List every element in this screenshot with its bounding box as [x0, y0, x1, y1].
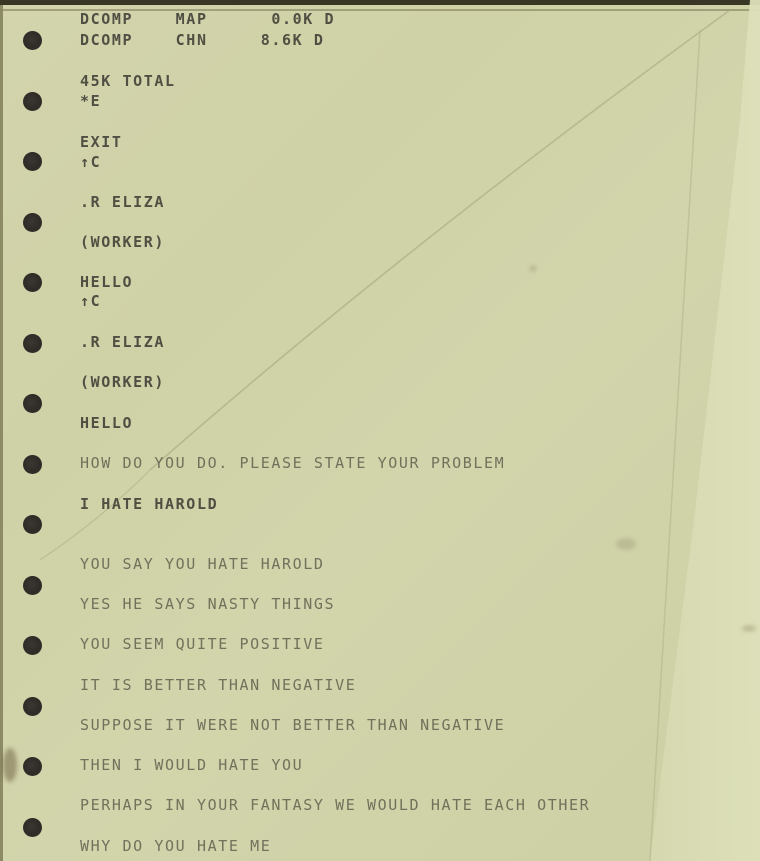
- printout-line: (WORKER): [80, 373, 165, 391]
- sprocket-hole: [23, 818, 42, 837]
- printout-line: IT IS BETTER THAN NEGATIVE: [80, 676, 356, 694]
- sprocket-hole: [23, 31, 42, 50]
- printout-line: .R ELIZA: [80, 333, 165, 351]
- printout-line: HOW DO YOU DO. PLEASE STATE YOUR PROBLEM: [80, 454, 505, 472]
- sprocket-hole: [23, 152, 42, 171]
- stain: [616, 538, 636, 550]
- printout-line: HELLO: [80, 414, 133, 432]
- printout-line: DCOMP CHN 8.6K D: [80, 31, 325, 49]
- printout-line: YES HE SAYS NASTY THINGS: [80, 595, 335, 613]
- sprocket-hole: [23, 92, 42, 111]
- printout-line: 45K TOTAL: [80, 72, 176, 90]
- printout-line: EXIT: [80, 133, 123, 151]
- printout-line: WHY DO YOU HATE ME: [80, 837, 271, 855]
- printout-line: ↑C: [80, 292, 101, 310]
- sprocket-hole: [23, 757, 42, 776]
- sprocket-hole: [23, 273, 42, 292]
- printout-line: I HATE HAROLD: [80, 495, 218, 513]
- ink-speck: [530, 266, 536, 271]
- printout-line: HELLO: [80, 273, 133, 291]
- ink-speck: [742, 626, 756, 631]
- printout-line: .R ELIZA: [80, 193, 165, 211]
- sprocket-hole: [23, 576, 42, 595]
- printout-line: YOU SEEM QUITE POSITIVE: [80, 635, 325, 653]
- stain: [3, 748, 17, 782]
- sprocket-hole: [23, 394, 42, 413]
- printout-line: ↑C: [80, 153, 101, 171]
- printout-line: YOU SAY YOU HATE HAROLD: [80, 555, 325, 573]
- printout-line: THEN I WOULD HATE YOU: [80, 756, 303, 774]
- sprocket-hole: [23, 697, 42, 716]
- sprocket-hole: [23, 636, 42, 655]
- printout-line: *E: [80, 92, 101, 110]
- paper-top-edge: [0, 0, 760, 5]
- printout-line: DCOMP MAP 0.0K D: [80, 10, 335, 28]
- sprocket-hole: [23, 213, 42, 232]
- sprocket-hole: [23, 334, 42, 353]
- printout-line: PERHAPS IN YOUR FANTASY WE WOULD HATE EA…: [80, 796, 590, 814]
- printout-line: (WORKER): [80, 233, 165, 251]
- sprocket-hole: [23, 515, 42, 534]
- printout-line: SUPPOSE IT WERE NOT BETTER THAN NEGATIVE: [80, 716, 505, 734]
- sprocket-hole: [23, 455, 42, 474]
